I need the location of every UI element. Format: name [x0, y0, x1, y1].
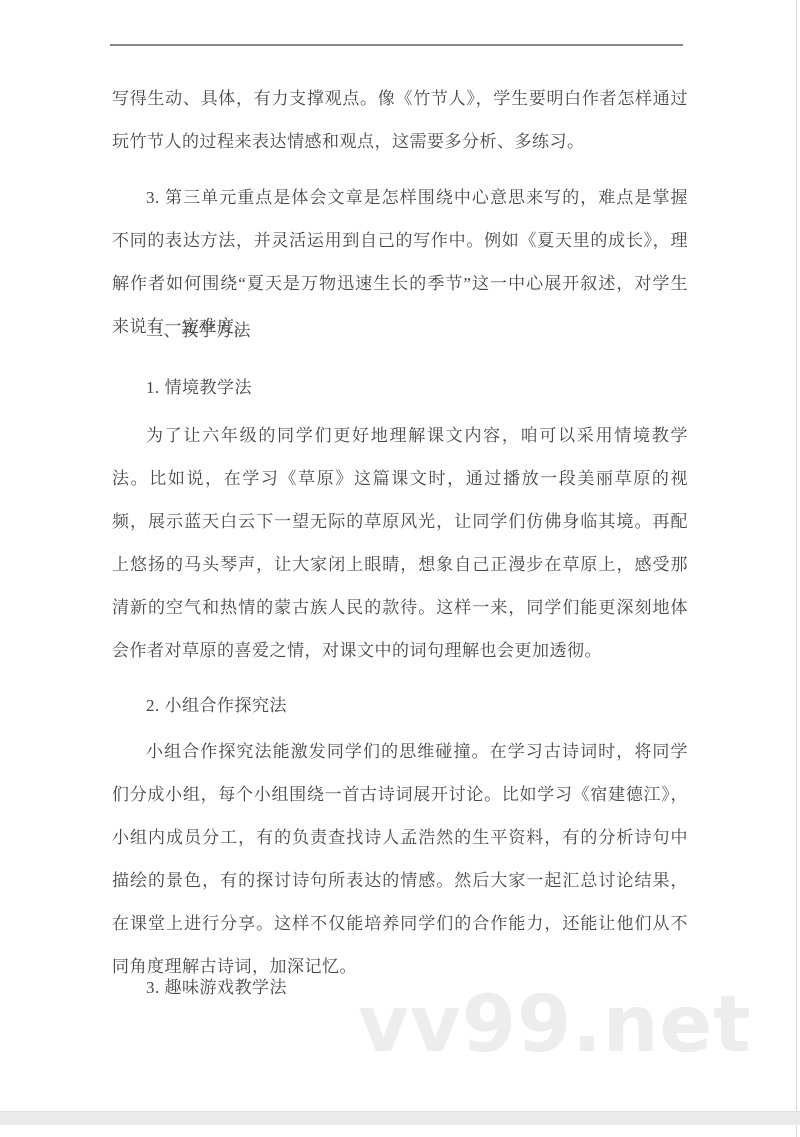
page-break-gap — [0, 1111, 800, 1125]
section-heading-teaching-methods: 三、教学方法 — [112, 309, 688, 352]
sub-heading-method-1: 1. 情境教学法 — [112, 366, 688, 409]
paragraph-method-1-body: 为了让六年级的同学们更好地理解课文内容，咱可以采用情境教学法。比如说，在学习《草… — [112, 414, 688, 672]
document-page: 写得生动、具体，有力支撑观点。像《竹节人》，学生要明白作者怎样通过玩竹节人的过程… — [0, 0, 800, 1137]
top-divider-line — [110, 44, 683, 46]
site-watermark: vv99.net — [358, 986, 752, 1064]
paragraph-method-2-body: 小组合作探究法能激发同学们的思维碰撞。在学习古诗词时，将同学们分成小组，每个小组… — [112, 730, 688, 988]
sub-heading-method-2: 2. 小组合作探究法 — [112, 684, 688, 727]
page-right-edge-line — [796, 0, 797, 1137]
paragraph-continuation: 写得生动、具体，有力支撑观点。像《竹节人》，学生要明白作者怎样通过玩竹节人的过程… — [112, 77, 688, 163]
